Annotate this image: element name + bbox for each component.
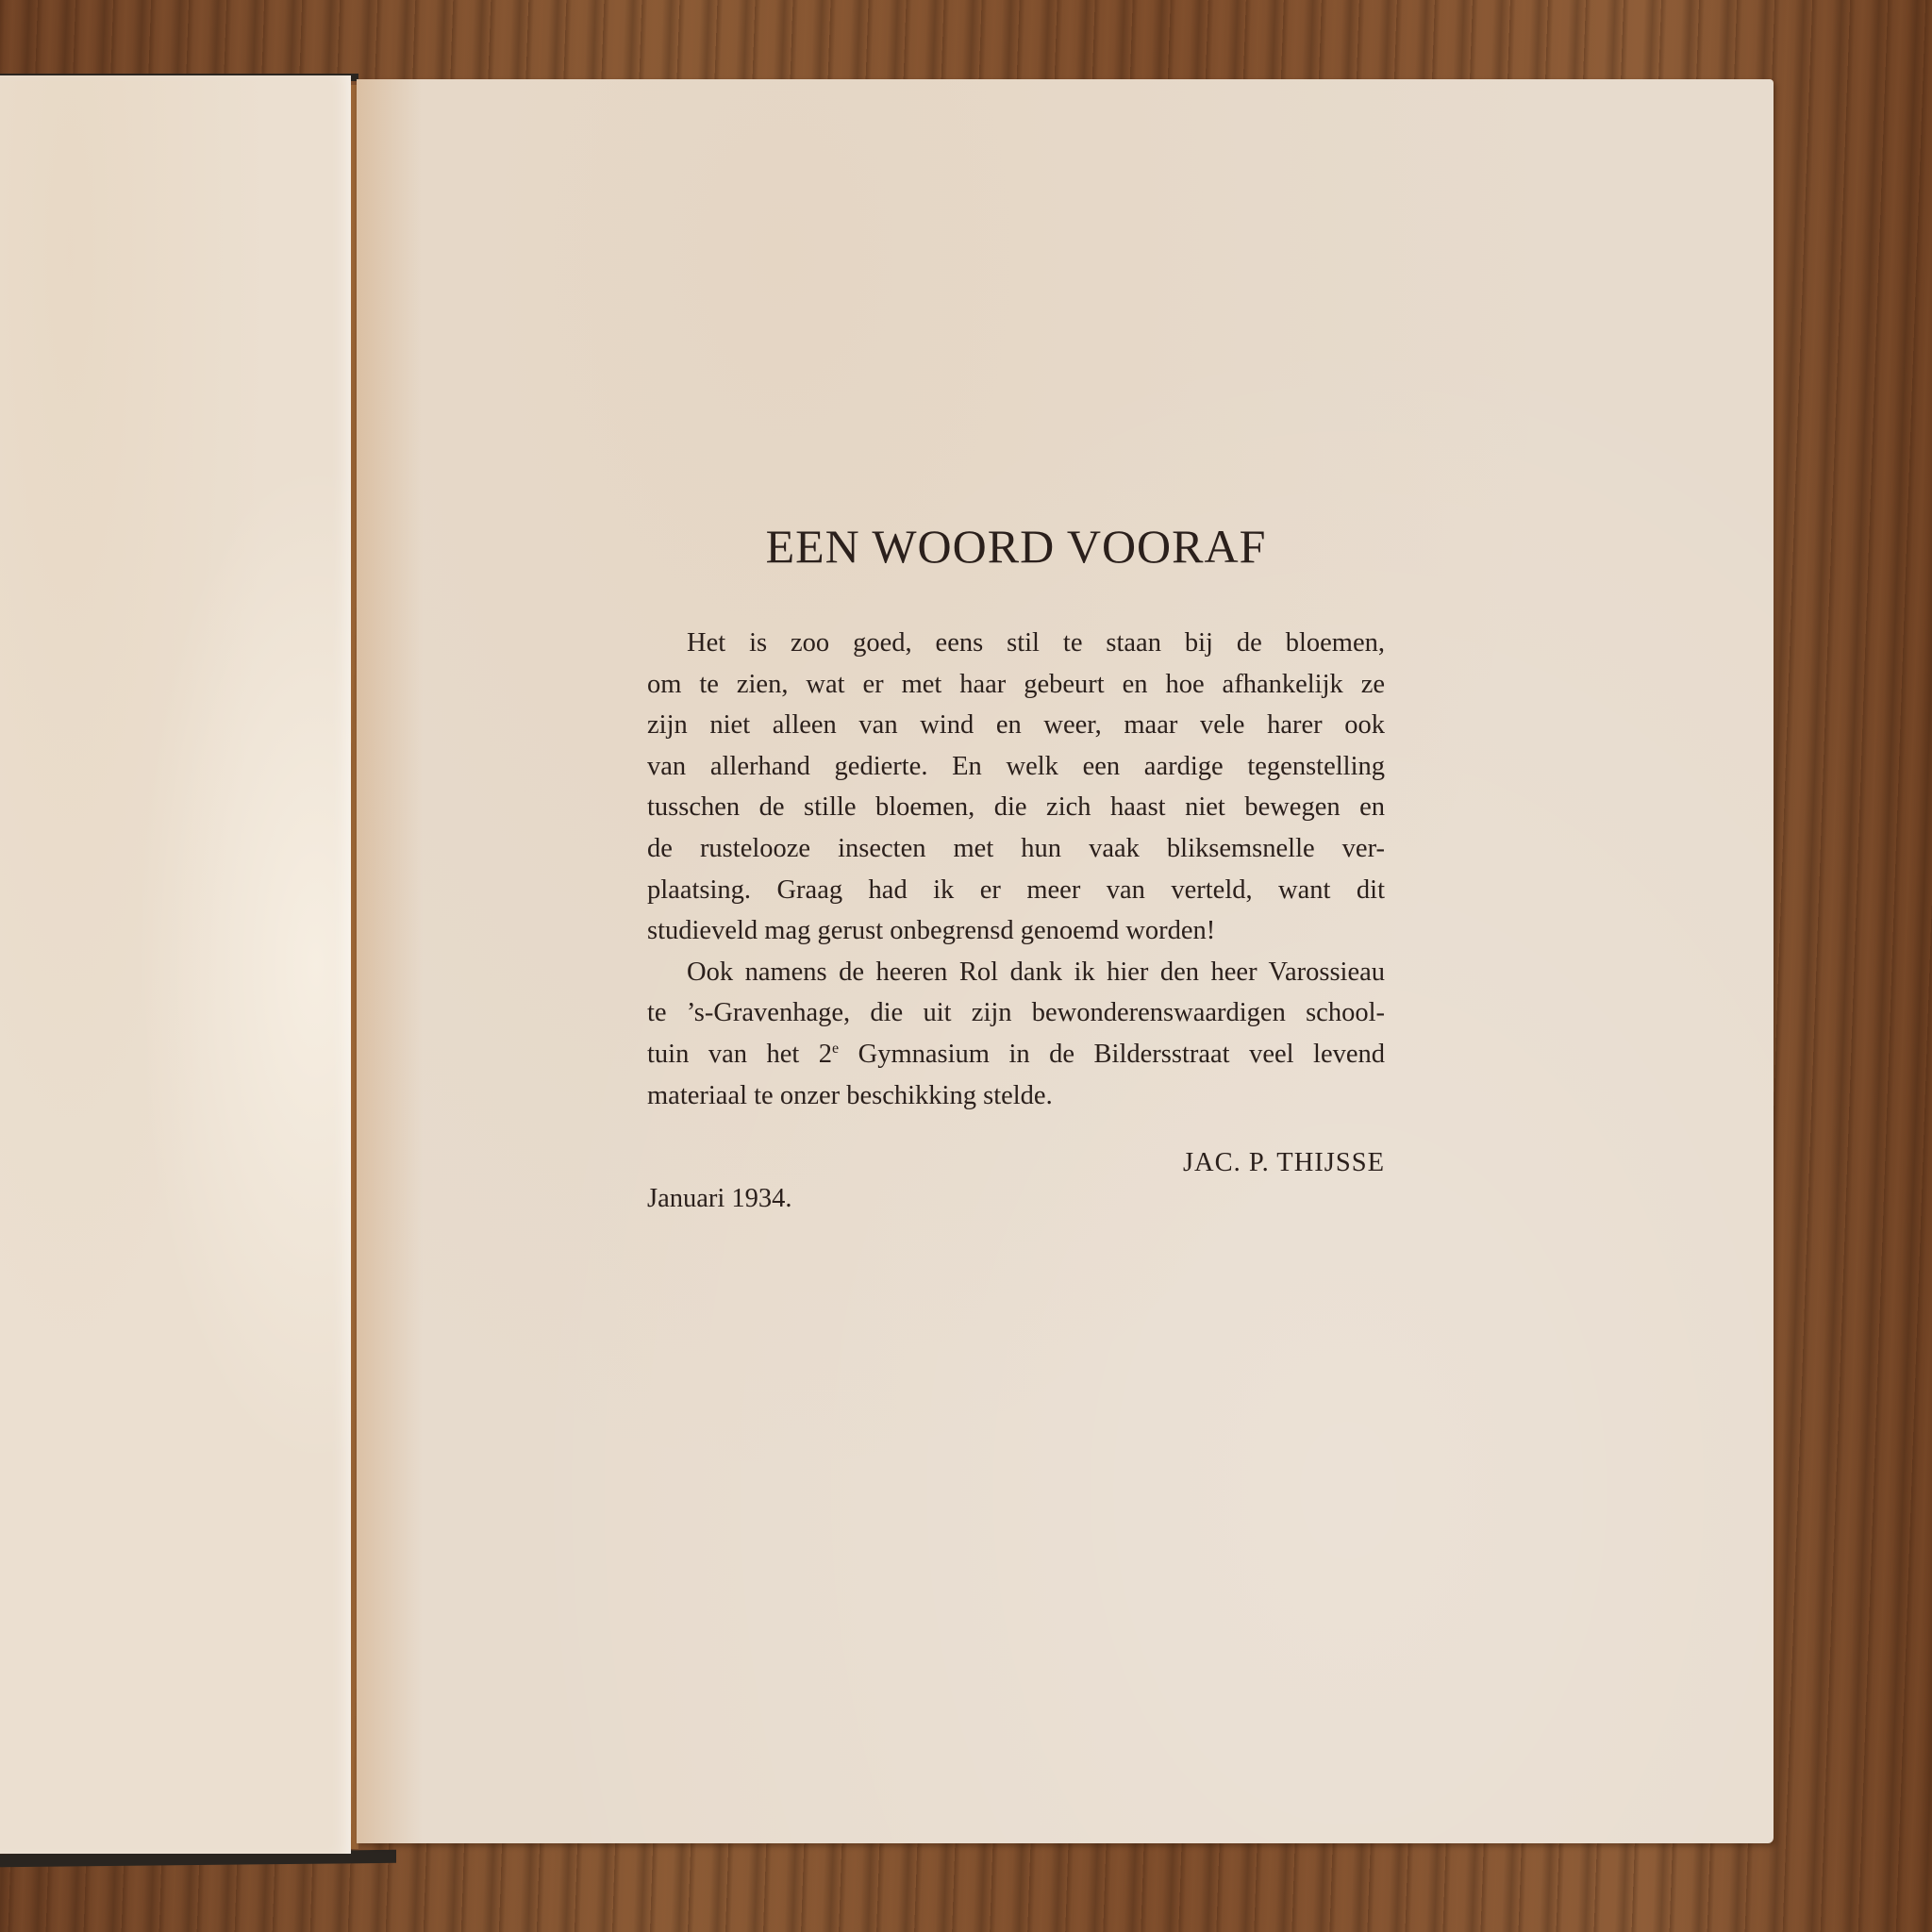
page-title: EEN WOORD VOORAF — [647, 519, 1385, 574]
text-line: de rustelooze insecten met hun vaak blik… — [647, 828, 1385, 870]
text-line: van allerhand gedierte. En welk een aard… — [647, 746, 1385, 788]
text-line: Ook namens de heeren Rol dank ik hier de… — [647, 952, 1385, 993]
text-line: te ’s-Gravenhage, die uit zijn bewondere… — [647, 992, 1385, 1034]
paragraph-2: Ook namens de heeren Rol dank ik hier de… — [647, 952, 1385, 1116]
text-line: materiaal te onzer beschikking stelde. — [647, 1075, 1385, 1117]
text-line: studieveld mag gerust onbegrensd genoemd… — [647, 910, 1385, 952]
date-line: Januari 1934. — [647, 1184, 792, 1214]
text-line: tusschen de stille bloemen, die zich haa… — [647, 787, 1385, 828]
text-line: tuin van het 2e Gymnasium in de Bilderss… — [647, 1034, 1385, 1075]
left-page-blank — [0, 75, 351, 1854]
text-fragment: Gymnasium in de Bildersstraat veel leven… — [839, 1040, 1385, 1069]
text-line: Het is zoo goed, eens stil te staan bij … — [647, 623, 1385, 664]
text-line: zijn niet alleen van wind en weer, maar … — [647, 705, 1385, 746]
text-line: plaatsing. Graag had ik er meer van vert… — [647, 870, 1385, 911]
text-fragment: tuin van het 2 — [647, 1040, 832, 1069]
author-signature: JAC. P. THIJSSE — [1183, 1148, 1385, 1178]
foreword-content: EEN WOORD VOORAF Het is zoo goed, eens s… — [647, 519, 1385, 1242]
text-line: om te zien, wat er met haar gebeurt en h… — [647, 664, 1385, 706]
paragraph-1: Het is zoo goed, eens stil te staan bij … — [647, 623, 1385, 952]
signature-block: JAC. P. THIJSSE Januari 1934. — [647, 1148, 1385, 1242]
